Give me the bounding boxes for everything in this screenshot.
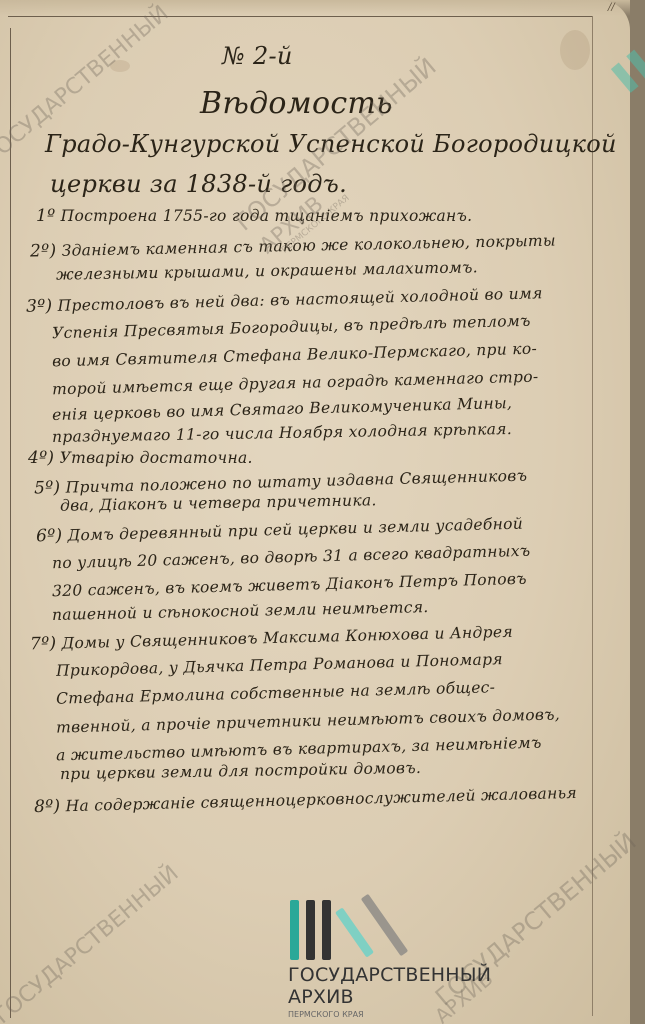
margin-line-right xyxy=(592,16,593,1016)
logo-bar-teal xyxy=(290,900,299,960)
logo-bar-dark xyxy=(306,900,315,960)
text-line: Стефана Ермолина собственные на землѣ об… xyxy=(56,678,496,707)
margin-line-left xyxy=(10,28,11,1018)
watermark-logo-fragment: ▌▌ xyxy=(612,44,645,93)
text-line: во имя Святителя Стефана Велико-Пермскаг… xyxy=(52,340,537,371)
logo-bar-dark xyxy=(322,900,331,960)
watermark-text: ГОСУДАРСТВЕННЫЙ xyxy=(0,861,184,1024)
text-line: железными крышами, и окрашены малахитомъ… xyxy=(56,258,478,283)
text-line: 6º) Домъ деревянный при сей церкви и зем… xyxy=(36,514,523,547)
folio-mark: // xyxy=(608,2,615,13)
archival-document-page: // № 2-й Вѣдомость Градо-Кунгурской Успе… xyxy=(0,0,630,1024)
document-subtitle-line-2: церкви за 1838-й годъ. xyxy=(50,170,347,198)
text-line: 2º) Зданіемъ каменная съ такою же колоко… xyxy=(30,230,556,261)
document-title: Вѣдомость xyxy=(200,86,393,121)
text-line: 3º) Престоловъ въ ней два: въ настоящей … xyxy=(26,283,543,317)
text-line: 320 саженъ, въ коемъ живетъ Діаконъ Петр… xyxy=(52,570,527,600)
paper-stain xyxy=(560,30,590,70)
logo-subtitle: АРХИВ xyxy=(288,986,354,1008)
document-subtitle-line-1: Градо-Кунгурской Успенской Богородицкой xyxy=(45,130,617,158)
text-line: 1º Построена 1755-го года тщаніемъ прихо… xyxy=(36,206,472,226)
text-line: по улицѣ 20 саженъ, во дворѣ 31 а всего … xyxy=(52,542,531,573)
text-line: Успенія Пресвятыя Богородицы, въ предѣлѣ… xyxy=(52,312,531,343)
archive-logo: ГОСУДАРСТВЕННЫЙ АРХИВ ПЕРМСКОГО КРАЯ xyxy=(270,880,530,1020)
document-number: № 2-й xyxy=(222,42,293,70)
logo-title: ГОСУДАРСТВЕННЫЙ xyxy=(288,964,491,986)
text-line: пашенной и сѣнокосной земли неимѣется. xyxy=(52,598,429,624)
text-line: 4º) Утварію достаточна. xyxy=(28,448,253,468)
paper-stain xyxy=(110,60,130,72)
text-line: енія церковь во имя Святаго Великомучени… xyxy=(52,394,513,424)
margin-line-top xyxy=(8,16,593,17)
page-edge-shadow xyxy=(0,0,630,16)
text-line: Прикордова, у Дьячка Петра Романова и По… xyxy=(56,650,503,680)
text-line: твенной, а прочіе причетники неимѣютъ св… xyxy=(56,705,560,736)
text-line: празднуемаго 11-го числа Ноября холодная… xyxy=(52,420,512,446)
logo-region: ПЕРМСКОГО КРАЯ xyxy=(288,1010,364,1019)
text-line: 7º) Домы у Священниковъ Максима Конюхова… xyxy=(30,622,513,655)
text-line: а жительство имѣютъ въ квартирахъ, за не… xyxy=(56,734,542,765)
logo-bar-light-teal xyxy=(335,907,374,957)
text-line: торой имѣется еще другая на оградѣ камен… xyxy=(52,368,539,399)
